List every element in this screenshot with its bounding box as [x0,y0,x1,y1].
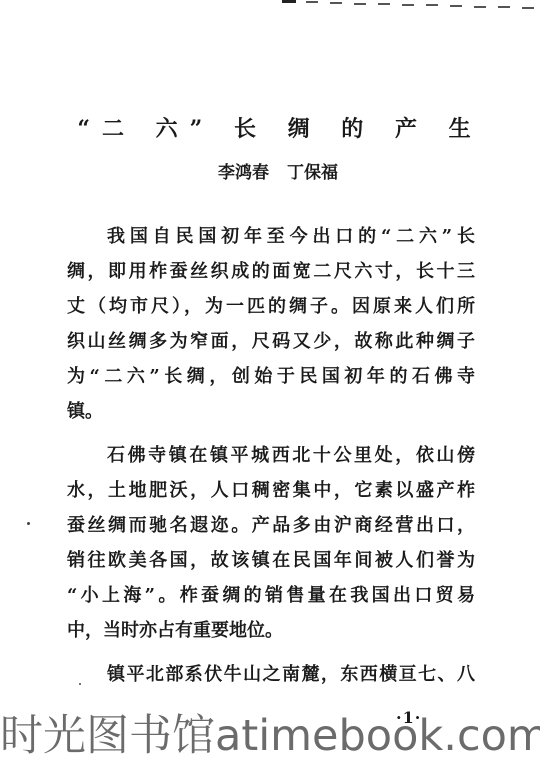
text-line: 销往欧美各国，故该镇在民国年间被人们誉为 [67,543,475,578]
text-line: 我国自民国初年至今出口的“二六”长 [67,219,475,254]
text-line: 镇。 [67,394,475,429]
article-title: “二 六” 长 绸 的 产 生 [0,112,540,143]
article-body: 我国自民国初年至今出口的“二六”长 绸，即用柞蚕丝织成的面宽二尺六寸，长十三 丈… [67,219,475,692]
text-line: 镇平北部系伏牛山之南麓，东西横亘七、八 [67,657,475,692]
article-authors: 李鸿春丁保福 [0,158,540,183]
paragraph: 石佛寺镇在镇平城西北十公里处，依山傍 水，土地肥沃，人口稠密集中，它素以盛产柞 … [67,438,475,648]
paragraph: 镇平北部系伏牛山之南麓，东西横亘七、八 [67,657,475,692]
text-line: “小上海”。柞蚕绸的销售量在我国出口贸易 [67,578,475,613]
text-line: 织山丝绸多为窄面，尺码又少，故称此种绸子 [67,324,475,359]
author-name: 李鸿春 [218,163,269,183]
watermark-text: 时光图书馆atimebook.com [0,710,540,762]
text-line: 绸，即用柞蚕丝织成的面宽二尺六寸，长十三 [67,254,475,289]
scan-speck [79,683,81,685]
text-line: 石佛寺镇在镇平城西北十公里处，依山傍 [67,438,475,473]
text-line: 水，土地肥沃，人口稠密集中，它素以盛产柞 [67,473,475,508]
paragraph: 我国自民国初年至今出口的“二六”长 绸，即用柞蚕丝织成的面宽二尺六寸，长十三 丈… [67,219,475,429]
scan-speck [27,522,30,525]
text-line: 中，当时亦占有重要地位。 [67,613,475,648]
text-line: 丈（均市尺），为一匹的绸子。因原来人们所 [67,289,475,324]
text-line: 为“二六”长绸，创始于民国初年的石佛寺 [67,359,475,394]
text-line: 蚕丝绸而驰名遐迩。产品多由沪商经营出口， [67,508,475,543]
header-dashed-rule [282,0,540,10]
author-name: 丁保福 [287,163,338,183]
